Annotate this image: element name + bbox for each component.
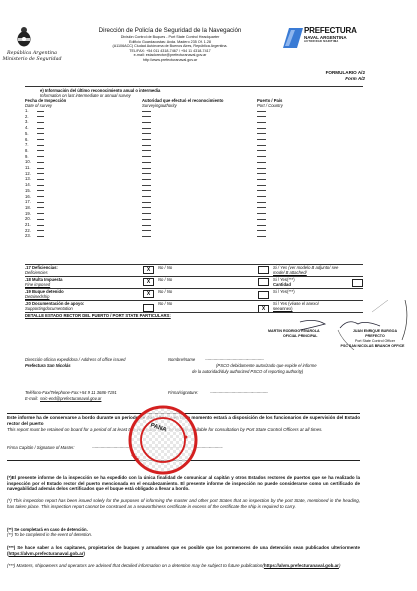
- org-block: Dirección de Policía de Seguridad de la …: [80, 27, 260, 63]
- form-label-en: Form A/2: [345, 76, 365, 81]
- note-4: (***) Masters, shipowners and operators …: [7, 563, 360, 569]
- logo-title: PREFECTURA: [304, 27, 357, 35]
- org-line: http://www.prefecturanaval.gov.ar: [80, 58, 260, 63]
- alvm-link-es[interactable]: https://alvm.prefecturanaval.gob.ar: [9, 551, 84, 556]
- table-row: 8.: [25, 148, 315, 153]
- detained-no-checkbox[interactable]: X: [143, 290, 154, 298]
- name-field[interactable]: ........................................…: [205, 356, 264, 361]
- fine-yes-checkbox[interactable]: [258, 278, 269, 286]
- name-label: Nombre/Name: [168, 357, 195, 362]
- table-row: 15.: [25, 188, 315, 193]
- table-row: 11.: [25, 165, 315, 170]
- row-divider: [25, 288, 363, 289]
- table-row: 13.: [25, 176, 315, 181]
- logo-tagline: AUTORIDAD MARITIMA: [304, 40, 339, 43]
- table-row: 19.: [25, 211, 315, 216]
- fine-amount-box[interactable]: [352, 279, 363, 287]
- table-row: 10.: [25, 159, 315, 164]
- republica-argentina-label: República Argentina: [2, 51, 62, 56]
- phone-fax: Teléfono-Fax/Telephone-Fax:+54 9 11 3686…: [25, 390, 117, 395]
- prefectura-stripe-icon: [283, 28, 303, 48]
- signer1-title: OFICIAL PRINCIPAL: [283, 334, 317, 339]
- table-row: 12.: [25, 171, 315, 176]
- signer2-office: PSC SAN NICOLAS BRANCH OFFICE: [330, 344, 415, 349]
- table-row: 22.: [25, 228, 315, 233]
- table-row: 4.: [25, 125, 315, 130]
- email-label: E-mail:: [25, 396, 38, 401]
- signature-field[interactable]: ........................................…: [210, 389, 268, 394]
- row-divider: [25, 276, 363, 277]
- office-issued-label: Dirección oficina expedidora / Address o…: [25, 357, 125, 362]
- prefectura-logo: PREFECTURA NAVAL ARGENTINA AUTORIDAD MAR…: [283, 27, 378, 49]
- table-row: 7.: [25, 142, 315, 147]
- note-3: (***) Se hace saber a los capitanes, pro…: [7, 545, 360, 556]
- official-stamp: PANA IMO: [122, 405, 204, 475]
- note-2-en: (**) To be completed in the event of det…: [7, 532, 92, 537]
- org-title: Dirección de Policía de Seguridad de la …: [80, 27, 260, 35]
- signature-label: Firma/signature:: [168, 390, 198, 395]
- table-row: 9.: [25, 154, 315, 159]
- port-state-heading: DETALLE ESTADO RECTOR DEL PUERTO / PORT …: [25, 313, 171, 318]
- email-link[interactable]: snic-end@prefecturanaval.gov.ar: [40, 396, 101, 401]
- table-row: 18.: [25, 205, 315, 210]
- stamp-seal-icon: [122, 405, 204, 475]
- deficiencies-no-checkbox[interactable]: X: [143, 266, 154, 274]
- table-row: 20.: [25, 216, 315, 221]
- table-row: 17.: [25, 199, 315, 204]
- coat-of-arms-icon: [16, 26, 32, 48]
- table-row: 3.: [25, 119, 315, 124]
- table-row: 1.: [25, 108, 315, 113]
- fine-no-checkbox[interactable]: X: [143, 278, 154, 286]
- psco-note-2: de la autoridad/duly authorized PSCO of …: [192, 369, 303, 374]
- table-row: 16.: [25, 194, 315, 199]
- psco-note-1: (PSCO debidamente autorizado que expide …: [216, 363, 317, 368]
- deficiencies-yes-checkbox[interactable]: [258, 266, 269, 274]
- alvm-link-en[interactable]: https://alvm.prefecturanaval.gob.ar: [264, 563, 339, 568]
- ministerio-label: Ministerio de Seguridad: [2, 57, 62, 62]
- header-divider: [25, 86, 363, 87]
- office-issued-value: Prefectura San Nicolás: [25, 363, 71, 368]
- table-row: 6.: [25, 137, 315, 142]
- docs-no-checkbox[interactable]: [143, 304, 154, 312]
- master-signature-label: Firma Capitán / Signature of Master:: [7, 445, 75, 450]
- table-row: 5.: [25, 131, 315, 136]
- table-row: 21.: [25, 222, 315, 227]
- note-1-en: (*) This inspection report has been issu…: [7, 498, 360, 509]
- table-row: 23.: [25, 233, 315, 238]
- form-label: FORMULARIO A/2: [326, 70, 365, 75]
- note-1-es: (*)El presente informe de la inspección …: [7, 475, 360, 492]
- table-row: 2.: [25, 114, 315, 119]
- detained-yes-checkbox[interactable]: [258, 291, 269, 299]
- table-row: 14.: [25, 182, 315, 187]
